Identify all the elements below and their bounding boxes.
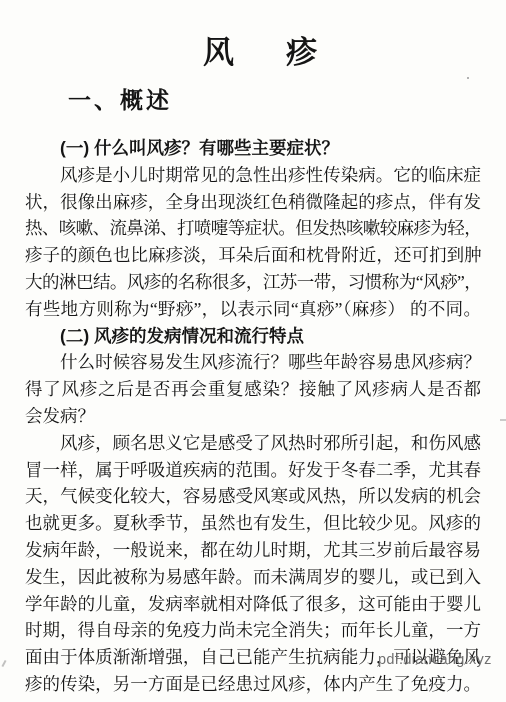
scan-speck [1,660,6,667]
body-line: 风疹，顾名思义它是感受了风热时邪所引起，和伤风感 [25,430,481,457]
section-heading: 一、概述 [68,88,481,114]
body-line: 发生，因此被称为易感年龄。而未满周岁的婴儿，或已到入 [25,564,481,591]
body-line: 天，气候变化较大，容易感受风寒或风热，所以发病的机会 [25,483,481,510]
body-line: 有些地方则称为“野痧”，以表示同“真痧”（麻疹） 的不同。 [25,296,481,323]
body-line: 发病年龄，一般说来，都在幼儿时期，尤其三岁前后最容易 [25,537,481,564]
body-line: 什么时候容易发生风疹流行？哪些年龄容易患风疹病？ [25,349,481,376]
body-line: 大的淋巴结。风疹的名称很多，江苏一带，习惯称为“风痧”， [25,269,481,296]
body-line: 会发病？ [25,403,481,430]
body-line: 学年龄的儿童，发病率就相对降低了很多，这可能由于婴儿 [25,591,481,618]
body-line: 冒一样，属于呼吸道疾病的范围。好发于冬春二季，尤其春 [25,457,481,484]
body-line: 风疹是小儿时期常见的急性出疹性传染病。它的临床症 [25,162,481,189]
scanned-document-page: 风疹 一、概述 (一) 什么叫风疹？有哪些主要症状？ 风疹是小儿时期常见的急性出… [0,0,506,702]
body-line: 疹的传染，另一方面是已经患过风疹，体内产生了免疫力。 [25,671,481,698]
scan-speck [467,77,469,79]
body-line: 也就更多。夏秋季节，虽然也有发生，但比较少见。风疹的 [25,510,481,537]
body-line: 状，很像出麻疹，全身出现淡红色稍微隆起的疹点，伴有发 [25,189,481,216]
page-title: 风疹 [32,36,488,70]
page-title-text: 风疹 [203,35,369,70]
body-line: 时期，得自母亲的免疫力尚未完全消失；而年长儿童，一方 [25,617,481,644]
subsection-2-heading: (二) 风疹的发病情况和流行特点 [25,323,481,350]
subsection-1-heading: (一) 什么叫风疹？有哪些主要症状？ [25,135,481,162]
body-line: 疹子的颜色也比麻疹淡，耳朵后面和枕骨附近，还可扪到肿 [25,242,481,269]
body-text: (一) 什么叫风疹？有哪些主要症状？ 风疹是小儿时期常见的急性出疹性传染病。它的… [25,135,481,698]
body-line: 得了风疹之后是否再会重复感染？接触了风疹病人是否都 [25,376,481,403]
scan-speck [500,419,506,421]
body-line: 热、咳嗽、流鼻涕、打喷嚏等症状。但发热咳嗽较麻疹为轻， [25,215,481,242]
watermark: pdf.diancang.xyz [378,652,492,668]
